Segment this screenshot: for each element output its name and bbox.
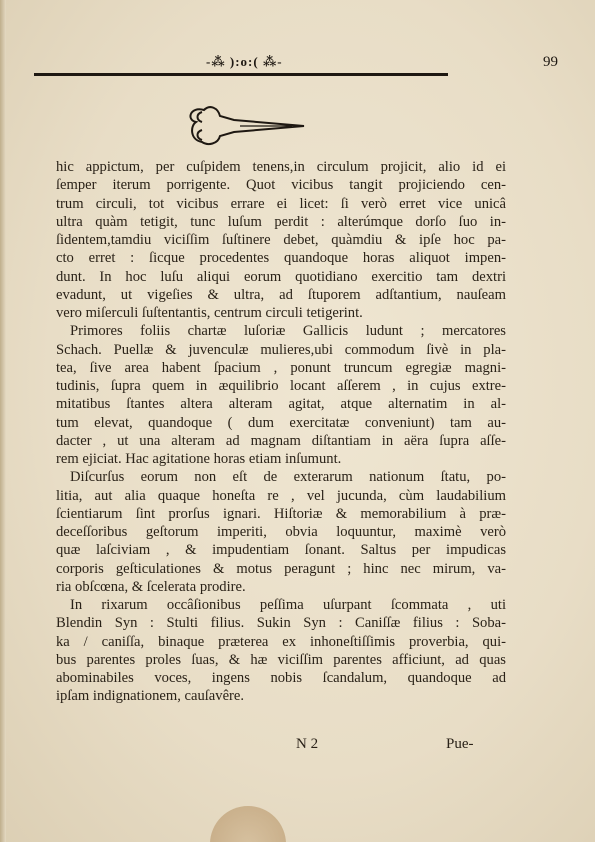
text-line: tea, ſive area habent ſpacium , ponunt t… — [56, 359, 506, 377]
text-line: corporis geſticulationes & motus peragun… — [56, 560, 506, 578]
text-line: litia, aut alia quaque honeſta re , vel … — [56, 487, 506, 505]
text-line: ria obſcœna, & ſcelerata prodire. — [56, 578, 506, 596]
catchword: Pue- — [446, 736, 474, 753]
text-line: cto erret : ſicque procedentes quandoque… — [56, 249, 506, 267]
text-line: quæ laſciviam , & impudentiam ſonant. Sa… — [56, 541, 506, 559]
text-line: ka / caniſſa, binaque præterea ex inhone… — [56, 633, 506, 651]
text-line: deceſſoribus geſtorum imperiti, obvia lo… — [56, 523, 506, 541]
text-line: Schach. Puellæ & juvenculæ mulieres,ubi … — [56, 341, 506, 359]
running-header: -⁂ ):o:( ⁂- 99 — [34, 52, 560, 80]
text-line: ipſam indignationem, cauſavêre. — [56, 687, 506, 705]
text-line: ſcientiarum ſint prorſus ignari. Hiſtori… — [56, 505, 506, 523]
text-line: ſidentem,tamdiu viciſſim ſuſtinere debet… — [56, 231, 506, 249]
body-text: hic appictum, per cuſpidem tenens,in cir… — [56, 158, 506, 706]
text-line: bus parentes proles ſuas, & hæ viciſſim … — [56, 651, 506, 669]
text-line: dunt. In hoc luſu aliqui eorum quotidian… — [56, 268, 506, 286]
text-line: evadunt, ut vigeſies & ultra, ad ſtupore… — [56, 286, 506, 304]
text-line: trum circuli, tot vicibus errare ei lice… — [56, 195, 506, 213]
signature-mark: N 2 — [296, 736, 318, 753]
text-line: ultra quàm tetigit, tunc luſum perdit : … — [56, 213, 506, 231]
paragraph: Primores foliis chartæ luſoriæ Gallicis … — [56, 322, 506, 468]
paragraph: In rixarum occâſionibus peſſima uſurpant… — [56, 596, 506, 706]
header-rule — [34, 73, 448, 76]
text-line: abominabiles voces, ingens nobis ſcandal… — [56, 669, 506, 687]
page-edge-shadow — [0, 0, 6, 842]
text-line: Blendin Syn : Stulti filius. Sukin Syn :… — [56, 614, 506, 632]
text-line: tum elevat, quandoque ( dum exercitatæ c… — [56, 414, 506, 432]
text-line: Diſcurſus eorum non eſt de exterarum nat… — [56, 468, 506, 486]
text-line: vero miſerculi ſuſtentantis, centrum cir… — [56, 304, 506, 322]
text-line: mitatibus ſtantes altera alteram agitat,… — [56, 395, 506, 413]
header-ornament: -⁂ ):o:( ⁂- — [206, 54, 283, 70]
paragraph: hic appictum, per cuſpidem tenens,in cir… — [56, 158, 506, 322]
text-line: Primores foliis chartæ luſoriæ Gallicis … — [56, 322, 506, 340]
paper-stain — [210, 806, 286, 842]
text-line: rem ejiciat. Hac agitatione horas etiam … — [56, 450, 506, 468]
text-line: tudinis, ſupra quem in æquilibrio locant… — [56, 377, 506, 395]
text-line: In rixarum occâſionibus peſſima uſurpant… — [56, 596, 506, 614]
paragraph: Diſcurſus eorum non eſt de exterarum nat… — [56, 468, 506, 596]
pointing-hand-fleuron-icon — [182, 100, 312, 152]
text-line: dacter , ut una alteram ad magnam diſtan… — [56, 432, 506, 450]
text-line: hic appictum, per cuſpidem tenens,in cir… — [56, 158, 506, 176]
page-number: 99 — [543, 54, 558, 71]
book-page: -⁂ ):o:( ⁂- 99 hic appictum, per cuſpide… — [0, 0, 595, 842]
text-line: ſemper iterum porrigente. Quot vicibus t… — [56, 176, 506, 194]
